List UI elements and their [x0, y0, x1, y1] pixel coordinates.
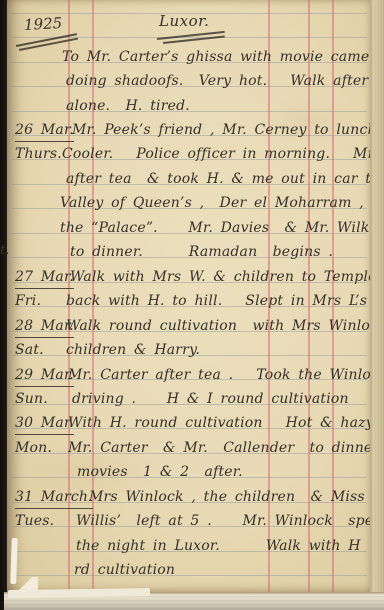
- diary-row: 29 Mar.Mr. Carter after tea . Took the W…: [7, 365, 370, 387]
- diary-row: Thurs.Cooler. Police officer in morning.…: [7, 144, 370, 166]
- entry-date: 27 Mar.: [15, 267, 74, 289]
- entry-date: 31 March.: [15, 487, 93, 509]
- entry-text: Willis’ left at 5 . Mr. Winlock spent: [76, 511, 370, 531]
- diary-row: 31 March.Mrs Winlock , the children & Mi…: [7, 487, 370, 509]
- diary-row: movies 1 & 2 after.: [7, 462, 370, 484]
- entry-date: 30 Mar.: [15, 413, 74, 435]
- page: 1925 Luxor. To Mr. Carter’s ghissa with …: [7, 0, 370, 592]
- entry-day: Tues.: [15, 511, 54, 531]
- entry-text: Valley of Queen’s , Der el Moharram , &: [60, 193, 370, 213]
- diary-row: 26 Mar.Mr. Peek’s friend , Mr. Cerney to…: [7, 120, 370, 142]
- diary-row: after tea & took H. & me out in car to: [7, 169, 370, 191]
- entry-text: Mrs Winlock , the children & Miss: [89, 487, 365, 507]
- entry-text: Mr. Carter & Mr. Callender to dinner &: [68, 438, 370, 458]
- entry-text: after tea & took H. & me out in car to: [66, 169, 370, 189]
- diary-row: To Mr. Carter’s ghissa with movie camera: [7, 47, 370, 69]
- ruled-line: [12, 37, 367, 38]
- diary-row: Sat.children & Harry.: [7, 340, 370, 362]
- diary-row: Valley of Queen’s , Der el Moharram , &: [7, 193, 370, 215]
- entry-text: To Mr. Carter’s ghissa with movie camera: [62, 47, 370, 67]
- entry-date: 26 Mar.: [15, 120, 74, 142]
- diary-photo: 1925 Luxor. To Mr. Carter’s ghissa with …: [0, 0, 384, 610]
- entry-day: Mon.: [15, 438, 52, 458]
- diary-row: 30 Mar.With H. round cultivation Hot & h…: [7, 413, 370, 435]
- diary-row: alone. H. tired.: [7, 96, 370, 118]
- entry-text: Cooler. Police officer in morning. Mr. C…: [62, 144, 370, 164]
- entry-text: doing shadoofs. Very hot. Walk after tea: [66, 71, 370, 91]
- page-stack-right-edge: [370, 0, 384, 596]
- facing-page-ink-bleed: t.: [0, 243, 9, 258]
- diary-row: 27 Mar.Walk with Mrs W. & children to Te…: [7, 267, 370, 289]
- entry-text: movies 1 & 2 after.: [77, 462, 243, 482]
- entry-day: Sun.: [15, 389, 48, 409]
- entry-date: 29 Mar.: [15, 365, 74, 387]
- diary-row: rd cultivation: [7, 560, 370, 582]
- entry-text: back with H. to hill. Slept in Mrs L’s r…: [66, 291, 370, 311]
- diary-row: Tues.Willis’ left at 5 . Mr. Winlock spe…: [7, 511, 370, 533]
- entry-text: children & Harry.: [66, 340, 200, 360]
- entry-day: Fri.: [15, 291, 41, 311]
- entry-text: Mr. Peek’s friend , Mr. Cerney to lunch …: [72, 120, 370, 140]
- diary-row: Sun.driving . H & I round cultivation: [7, 389, 370, 411]
- entry-text: the night in Luxor. Walk with H: [76, 536, 361, 556]
- entry-text: alone. H. tired.: [66, 96, 190, 116]
- year-label: 1925: [24, 14, 63, 34]
- entry-text: driving . H & I round cultivation: [72, 389, 349, 409]
- diary-row: doing shadoofs. Very hot. Walk after tea: [7, 71, 370, 93]
- entry-day: Sat.: [15, 340, 44, 360]
- diary-row: Mon.Mr. Carter & Mr. Callender to dinner…: [7, 438, 370, 460]
- entry-text: Walk round cultivation with Mrs Winlock,: [66, 316, 370, 336]
- diary-row: the night in Luxor. Walk with H: [7, 536, 370, 558]
- diary-row: Fri.back with H. to hill. Slept in Mrs L…: [7, 291, 370, 313]
- entry-day: Thurs.: [15, 144, 62, 164]
- diary-row: the “Palace”. Mr. Davies & Mr. Wilkinson: [7, 218, 370, 240]
- entry-text: With H. round cultivation Hot & hazy. 96…: [68, 413, 370, 433]
- entry-text: Walk with Mrs W. & children to Temple, &: [70, 267, 370, 287]
- entry-text: Mr. Carter after tea . Took the Winlocks: [68, 365, 370, 385]
- page-title: Luxor.: [159, 12, 209, 30]
- entry-text: to dinner. Ramadan begins .: [70, 242, 333, 262]
- entry-text: the “Palace”. Mr. Davies & Mr. Wilkinson: [60, 218, 370, 238]
- entry-text: rd cultivation: [74, 560, 175, 580]
- diary-row: to dinner. Ramadan begins .: [7, 242, 370, 264]
- diary-row: 28 Mar.Walk round cultivation with Mrs W…: [7, 316, 370, 338]
